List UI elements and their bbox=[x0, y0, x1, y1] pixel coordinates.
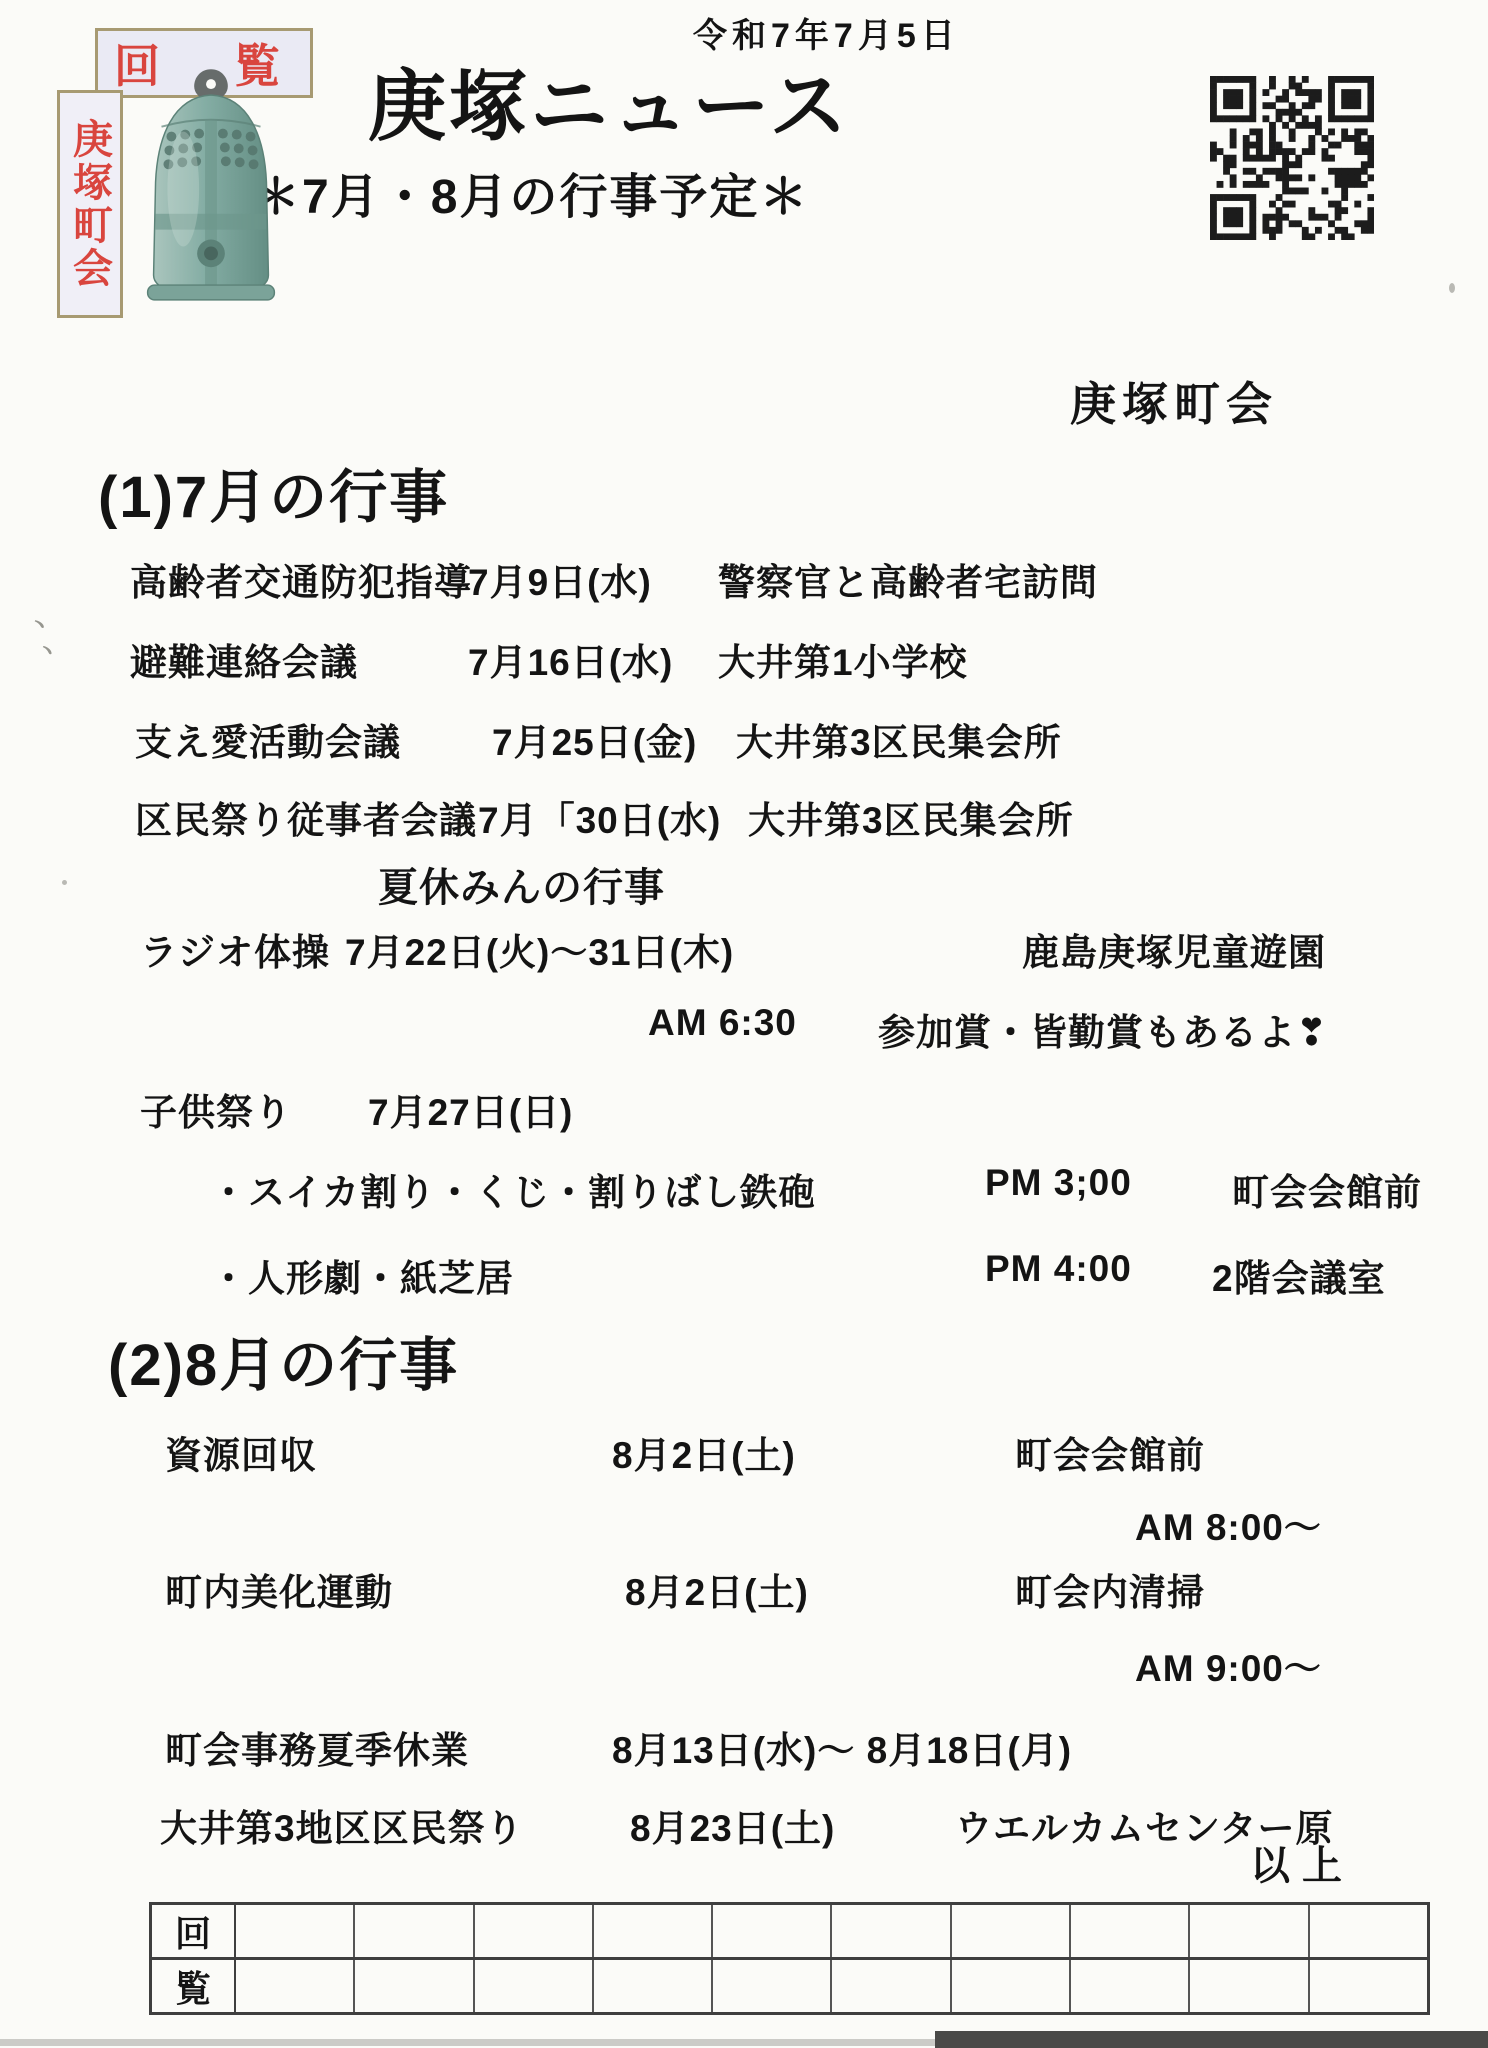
routing-cell-empty bbox=[952, 1905, 1071, 1957]
routing-row-label: 回 bbox=[152, 1905, 236, 1957]
routing-cell-empty bbox=[832, 1905, 951, 1957]
event-place: 警察官と高齢者宅訪問 bbox=[718, 552, 1098, 606]
routing-cell-empty bbox=[952, 1960, 1071, 2012]
event-item: ・人形劇・紙芝居 bbox=[210, 1248, 514, 1302]
event-place: 町会内清掃 bbox=[1015, 1562, 1205, 1616]
event-date: 8月2日(土) bbox=[612, 1425, 796, 1479]
event-date: 8月2日(土) bbox=[625, 1562, 809, 1616]
qr-code bbox=[1210, 76, 1374, 240]
event-date: 7月22日(火)～31日(木) bbox=[345, 922, 734, 976]
routing-cell-empty bbox=[1071, 1905, 1190, 1957]
event-name: 支え愛活動会議 bbox=[135, 712, 401, 766]
july-section-heading: (1)7月の行事 bbox=[98, 450, 449, 534]
event-time: AM 8:00～ bbox=[1135, 1497, 1322, 1551]
temple-bell-icon bbox=[112, 64, 310, 320]
event-name: 町会事務夏季休業 bbox=[165, 1720, 469, 1774]
organization-name: 庚塚町会 bbox=[1070, 368, 1278, 434]
event-time: PM 4:00 bbox=[985, 1248, 1132, 1290]
event-date: 7月27日(日) bbox=[368, 1082, 573, 1136]
routing-cell-empty bbox=[355, 1960, 474, 2012]
event-item: ・スイカ割り・くじ・割りばし鉄砲 bbox=[210, 1162, 816, 1216]
routing-cell-empty bbox=[1071, 1960, 1190, 2012]
event-place: 大井第1小学校 bbox=[718, 632, 968, 686]
event-name: 避難連絡会議 bbox=[130, 632, 358, 686]
routing-cell-empty bbox=[236, 1960, 355, 2012]
routing-cell-empty bbox=[594, 1960, 713, 2012]
association-stamp-label: 庚塚町会 bbox=[62, 118, 119, 290]
routing-cell-empty bbox=[713, 1905, 832, 1957]
routing-table: 回 覧 bbox=[149, 1902, 1430, 2015]
event-date: 7月25日(金) bbox=[492, 712, 697, 766]
routing-cell-empty bbox=[832, 1960, 951, 2012]
event-name: 大井第3地区区民祭り bbox=[160, 1798, 524, 1852]
routing-cell-empty bbox=[475, 1960, 594, 2012]
scan-edge-dark bbox=[935, 2031, 1488, 2048]
routing-cell-empty bbox=[594, 1905, 713, 1957]
event-name: ラジオ体操 bbox=[140, 922, 330, 976]
event-date: 8月23日(土) bbox=[630, 1798, 835, 1852]
event-name: 区民祭り従事者会議 bbox=[135, 790, 477, 844]
event-date: 7月9日(水) bbox=[468, 552, 652, 606]
event-date: 7月「30日(水) bbox=[478, 790, 721, 844]
event-time: PM 3;00 bbox=[985, 1162, 1132, 1204]
event-date: 7月16日(水) bbox=[468, 632, 673, 686]
routing-cell-empty bbox=[1190, 1960, 1309, 2012]
routing-cell-empty bbox=[713, 1960, 832, 2012]
newsletter-page: 回 覧 庚塚町会 bbox=[0, 0, 1488, 2048]
scan-fleck bbox=[62, 880, 67, 885]
event-place: 町会会館前 bbox=[1232, 1162, 1422, 1216]
event-place: 2階会議室 bbox=[1212, 1248, 1386, 1302]
routing-row-label: 覧 bbox=[152, 1960, 236, 2012]
qr-code-image bbox=[1210, 76, 1374, 240]
event-name: 高齢者交通防犯指導 bbox=[130, 552, 472, 606]
event-time: AM 6:30 bbox=[648, 1002, 797, 1044]
scan-edge-light bbox=[0, 2039, 940, 2046]
routing-cell-empty bbox=[355, 1905, 474, 1957]
event-name: 町内美化運動 bbox=[165, 1562, 393, 1616]
event-time: AM 9:00～ bbox=[1135, 1638, 1322, 1692]
august-section-heading: (2)8月の行事 bbox=[108, 1318, 459, 1402]
newsletter-subtitle: ＊7月・8月の行事予定＊ bbox=[252, 158, 809, 227]
event-place: 大井第3区民集会所 bbox=[748, 790, 1074, 844]
routing-cell-empty bbox=[1310, 1960, 1427, 2012]
routing-cell-empty bbox=[475, 1905, 594, 1957]
routing-cell-empty bbox=[1310, 1905, 1427, 1957]
event-note: 参加賞・皆勤賞もあるよ❣ bbox=[878, 1002, 1328, 1056]
routing-cell-empty bbox=[1190, 1905, 1309, 1957]
scan-fleck bbox=[1449, 283, 1455, 293]
event-place: 大井第3区民集会所 bbox=[736, 712, 1062, 766]
newsletter-title: 庚塚ニュース bbox=[368, 44, 850, 156]
summer-events-heading: 夏休みんの行事 bbox=[378, 856, 665, 913]
closing-text: 以上 bbox=[1250, 1834, 1354, 1891]
scan-smudge: ヽ bbox=[34, 633, 60, 667]
event-name: 子供祭り bbox=[140, 1082, 292, 1136]
routing-table-row: 覧 bbox=[152, 1957, 1427, 2012]
event-name: 資源回収 bbox=[165, 1425, 317, 1479]
event-date: 8月13日(水)～ 8月18日(月) bbox=[612, 1720, 1072, 1774]
routing-table-row: 回 bbox=[152, 1905, 1427, 1957]
routing-cell-empty bbox=[236, 1905, 355, 1957]
event-place: 鹿島庚塚児童遊園 bbox=[1022, 922, 1326, 976]
event-place: 町会会館前 bbox=[1015, 1425, 1205, 1479]
temple-bell-image bbox=[112, 64, 310, 320]
